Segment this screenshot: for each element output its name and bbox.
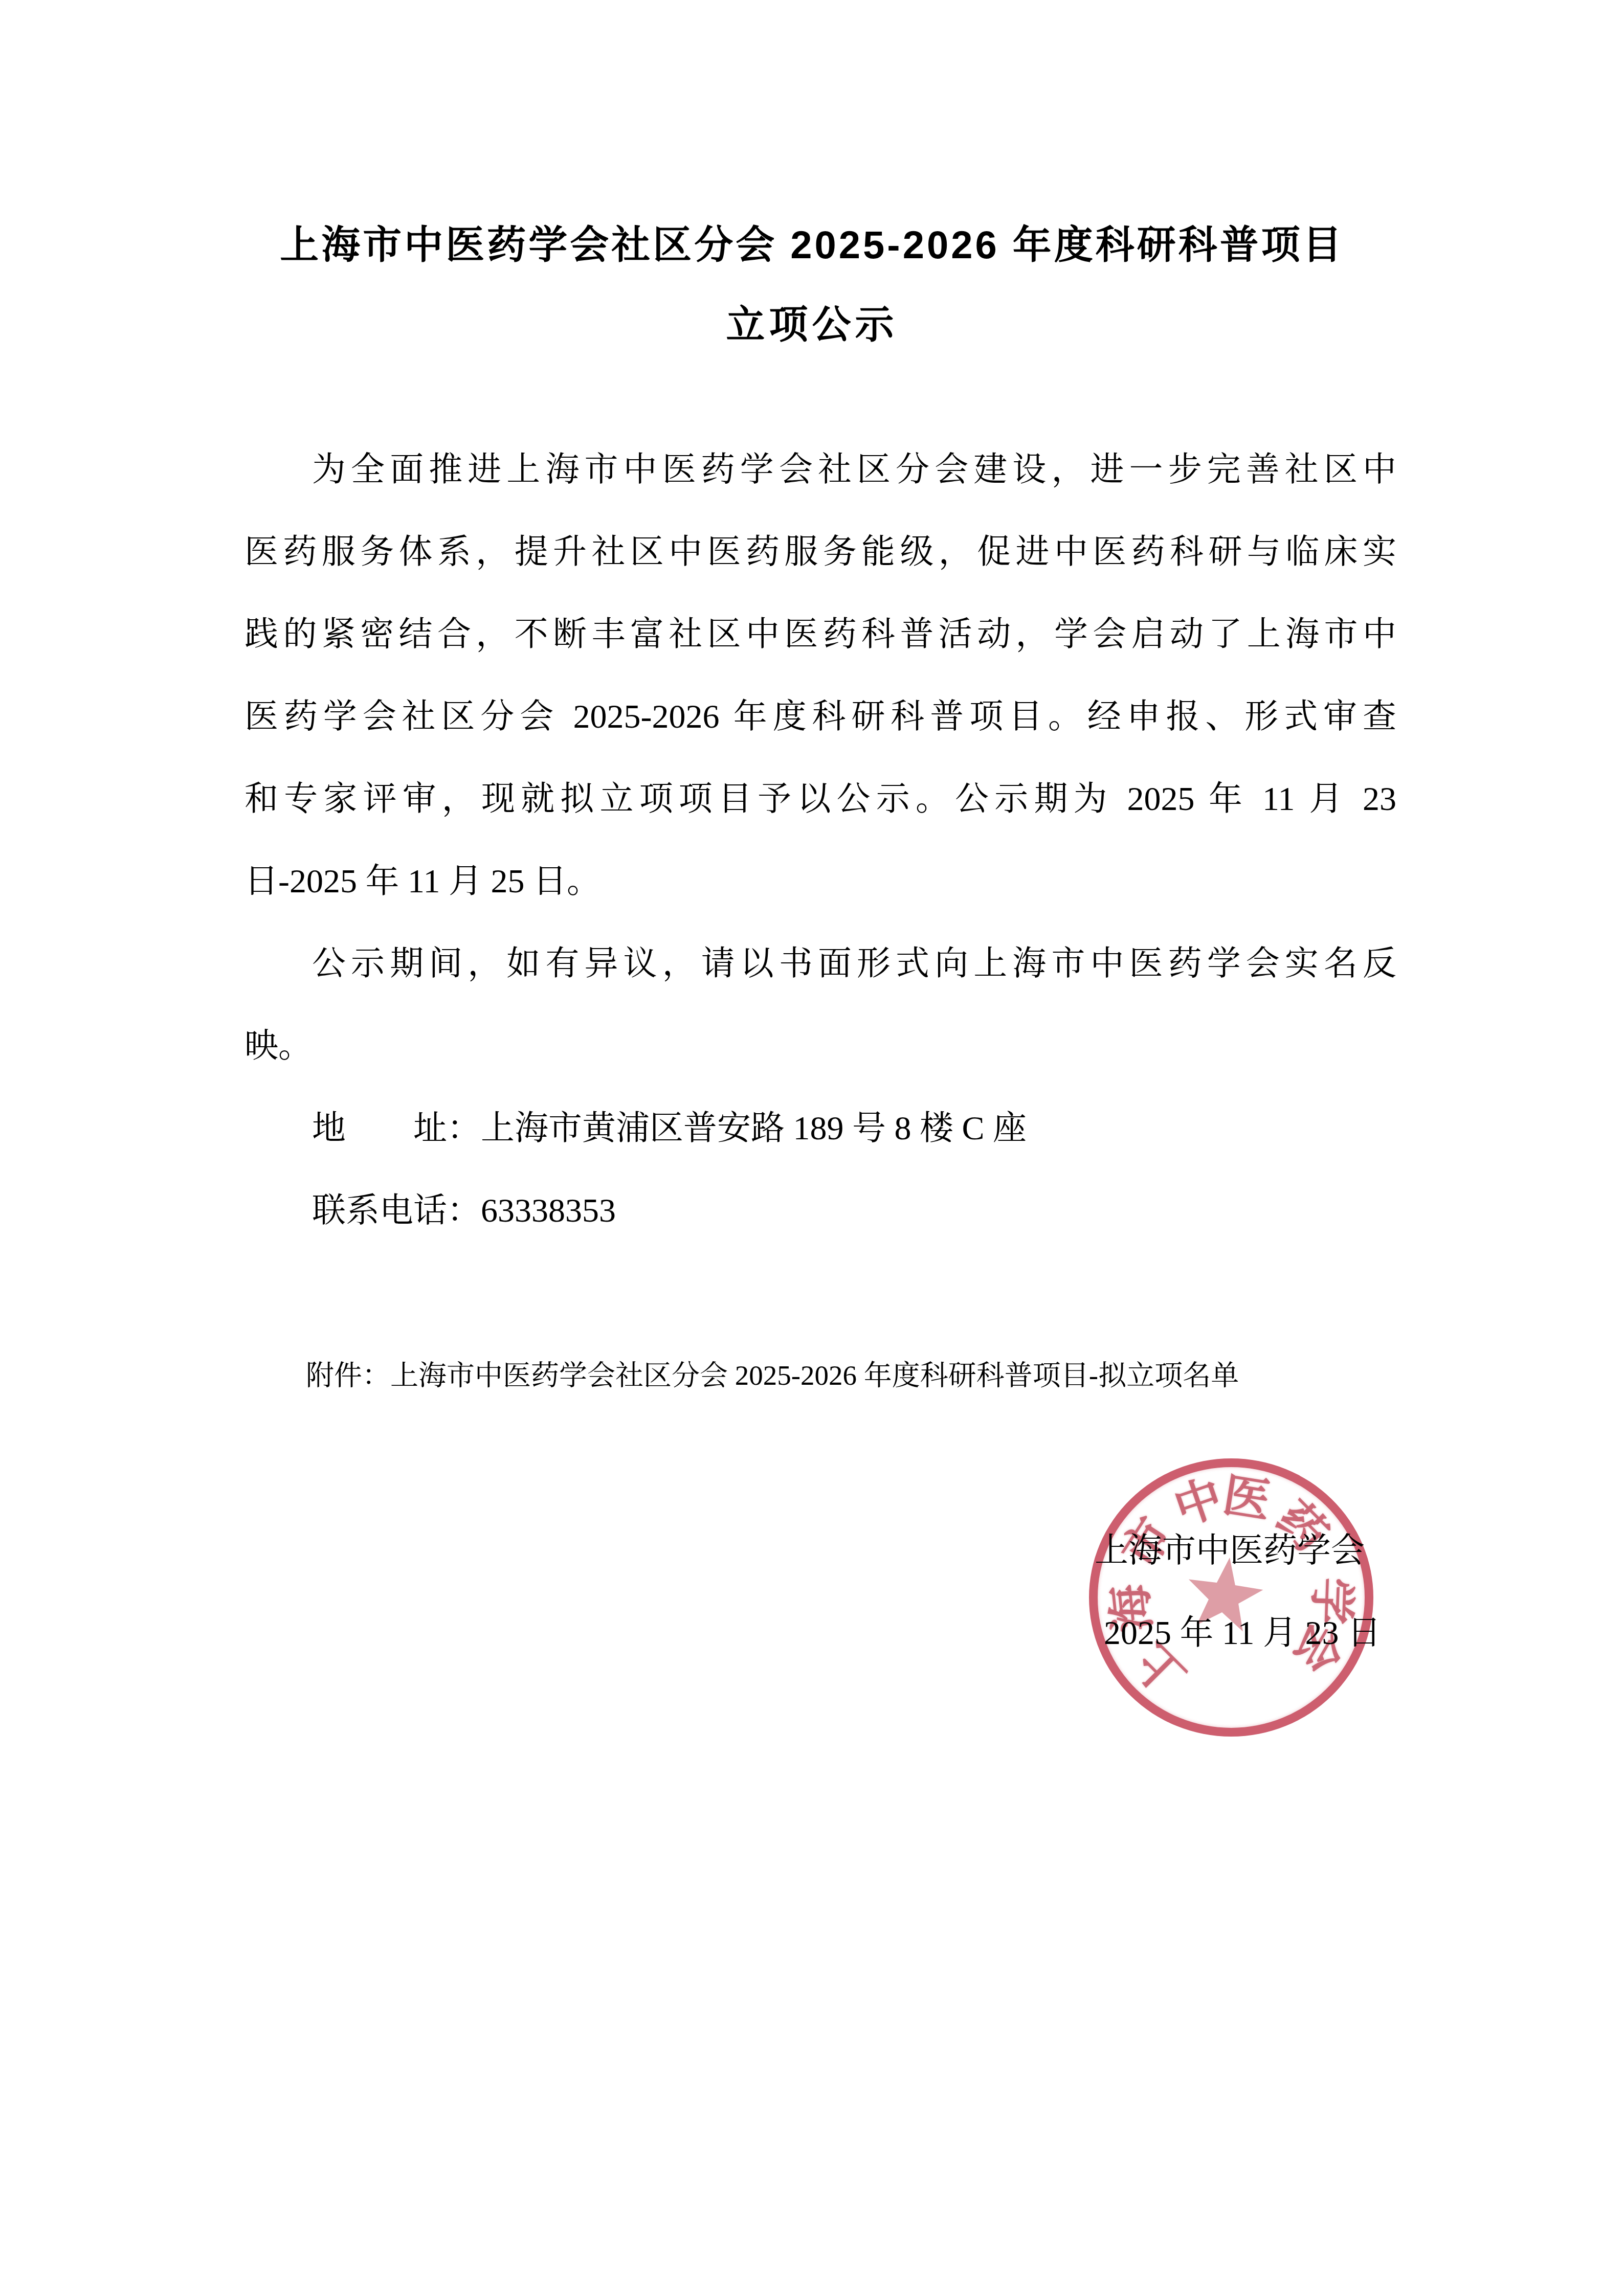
paragraph1-line: 践的紧密结合，不断丰富社区中医药科普活动，学会启动了上海市中 [244,593,1396,676]
paragraph1-line: 和专家评审，现就拟立项项目予以公示。公示期为 2025 年 11 月 23 [244,758,1396,840]
seal-character: 医 [1217,1469,1276,1527]
attachment-line: 附件：上海市中医药学会社区分会 2025-2026 年度科研科普项目-拟立项名单 [306,1334,1396,1416]
document-title: 上海市中医药学会社区分会 2025-2026 年度科研科普项目 立项公示 [0,215,1624,356]
paragraph2-line: 公示期间，如有异议，请以书面形式向上海市中医药学会实名反 [244,922,1396,1005]
address-line: 地 址：上海市黄浦区普安路 189 号 8 楼 C 座 [244,1087,1396,1169]
paragraph1-line: 为全面推进上海市中医药学会社区分会建设，进一步完善社区中 [244,429,1396,511]
paragraph1-line: 医药服务体系，提升社区中医药服务能级，促进中医药科研与临床实 [244,511,1396,593]
seal-character: 海 [1103,1580,1160,1636]
title-line-2: 立项公示 [0,295,1624,356]
title-line-1: 上海市中医药学会社区分会 2025-2026 年度科研科普项目 [0,215,1624,276]
paragraph1-line: 日-2025 年 11 月 25 日。 [244,840,1396,922]
document-page: 上海市中医药学会社区分会 2025-2026 年度科研科普项目 立项公示 为全面… [0,0,1624,2296]
paragraph1-line: 医药学会社区分会 2025-2026 年度科研科普项目。经申报、形式审查 [244,676,1396,758]
official-seal-stamp: 上 海 市 中 医 药 学 会 [1089,1458,1373,1737]
seal-star-icon [1175,1547,1273,1646]
paragraph2-line: 映。 [244,1005,1396,1087]
phone-line: 联系电话：63338353 [244,1169,1396,1252]
